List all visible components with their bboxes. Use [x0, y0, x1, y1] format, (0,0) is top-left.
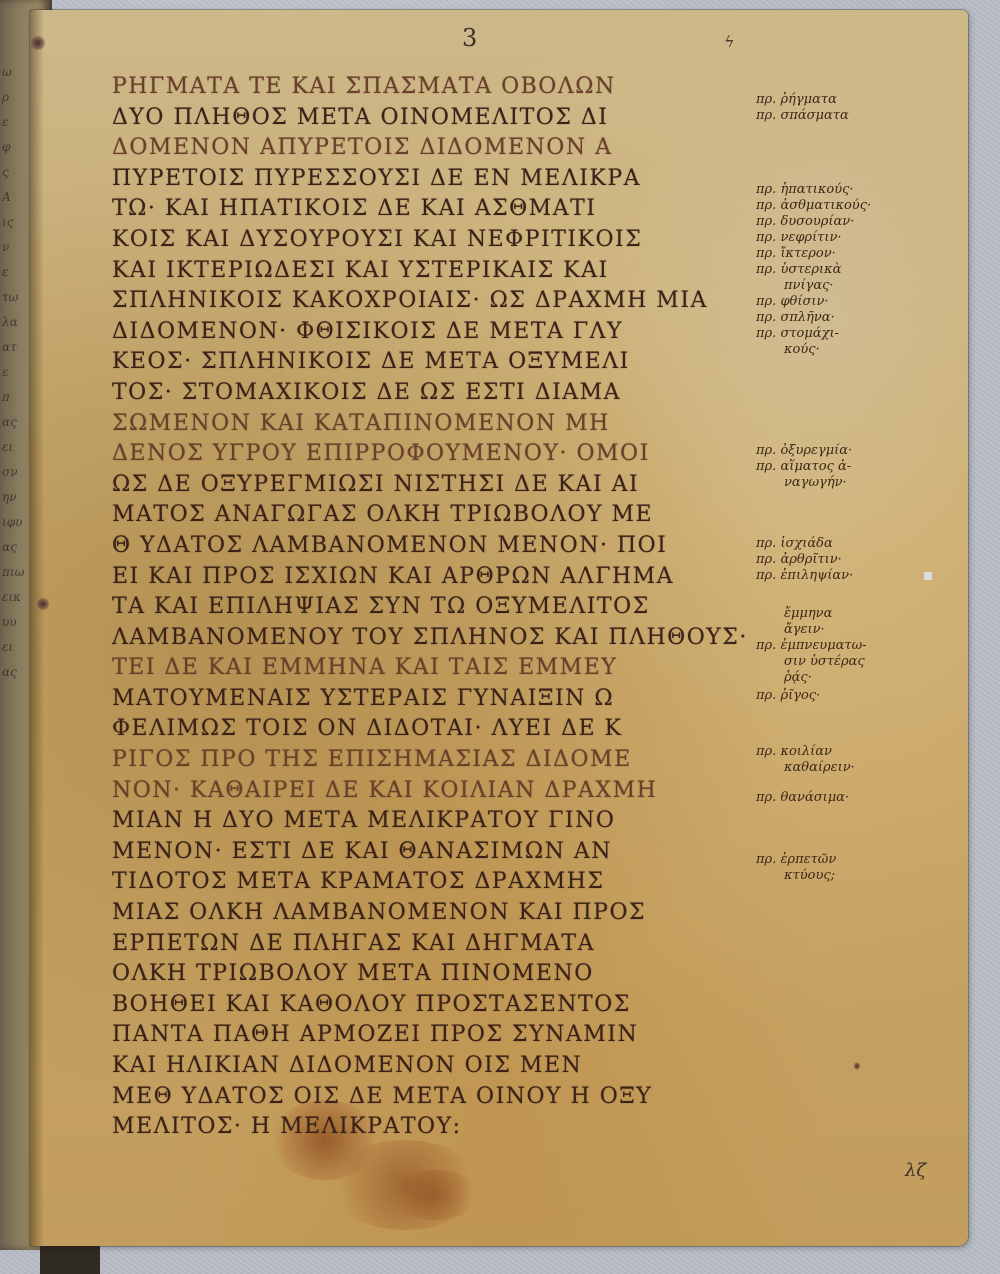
text-line: ΣΩΜΕΝΟΝ ΚΑΙ ΚΑΤΑΠΙΝΟΜΕΝΟΝ ΜΗ: [112, 409, 762, 440]
margin-note-group: πρ. ἡπατικούς·πρ. ἀσθματικούς·πρ. δυσουρ…: [756, 182, 946, 358]
text-line: ΔΙΔΟΜΕΝΟΝ· ΦΘΙΣΙΚΟΙΣ ΔΕ ΜΕΤΑ ΓΛΥ: [112, 317, 762, 348]
margin-note-line: πρ. ῥήγματα: [756, 92, 946, 108]
text-line: ΛΑΜΒΑΝΟΜΕΝΟΥ ΤΟΥ ΣΠΛΗΝΟΣ ΚΑΙ ΠΛΗΘΟΥΣ·: [112, 623, 762, 654]
text-line: ΣΠΛΗΝΙΚΟΙΣ ΚΑΚΟΧΡΟΙΑΙΣ· ΩΣ ΔΡΑΧΜΗ ΜΙΑ: [112, 286, 762, 317]
margin-note-line: πρ. δυσουρίαν·: [756, 214, 946, 230]
text-line: ΜΕΝΟΝ· ΕΣΤΙ ΔΕ ΚΑΙ ΘΑΝΑΣΙΜΩΝ ΑΝ: [112, 837, 762, 868]
margin-note-line: πρ. θανάσιμα·: [756, 790, 946, 806]
margin-note-line: σιν ὑστέρας: [756, 654, 946, 670]
text-line: ΜΑΤΟΣ ΑΝΑΓΩΓΑΣ ΟΛΚΗ ΤΡΙΩΒΟΛΟΥ ΜΕ: [112, 500, 762, 531]
text-line: ΜΙΑΣ ΟΛΚΗ ΛΑΜΒΑΝΟΜΕΝΟΝ ΚΑΙ ΠΡΟΣ: [112, 898, 762, 929]
margin-note-group: πρ. ἑρπετῶνκτύους;: [756, 852, 946, 884]
text-line: ΔΟΜΕΝΟΝ ΑΠΥΡΕΤΟΙΣ ΔΙΔΟΜΕΝΟΝ Α: [112, 133, 762, 164]
margin-note-line: πρ. ἡπατικούς·: [756, 182, 946, 198]
margin-note-group: πρ. ὀξυρεγμία·πρ. αἵματος ἀ-ναγωγήν·: [756, 443, 946, 491]
margin-note-line: πρ. φθίσιν·: [756, 294, 946, 310]
text-line: ΔΥΟ ΠΛΗΘΟΣ ΜΕΤΑ ΟΙΝΟΜΕΛΙΤΟΣ ΔΙ: [112, 103, 762, 134]
margin-note-line: ἔμμηνα: [756, 606, 946, 622]
margin-note-line: ῥᾴς·: [756, 670, 946, 686]
margin-note-line: πρ. αἵματος ἀ-: [756, 459, 946, 475]
margin-note-line: καθαίρειν·: [756, 760, 946, 776]
margin-note-line: πρ. ῥῖγος·: [756, 688, 946, 704]
margin-note-line: κούς·: [756, 342, 946, 358]
margin-note-line: πρ. ἀσθματικούς·: [756, 198, 946, 214]
top-right-mark: ϟ: [724, 32, 735, 51]
margin-note-line: πρ. στομάχι-: [756, 326, 946, 342]
text-line: ΚΑΙ ΙΚΤΕΡΙΩΔΕΣΙ ΚΑΙ ΥΣΤΕΡΙΚΑΙΣ ΚΑΙ: [112, 256, 762, 287]
margin-note-line: πρ. ὑστερικὰ: [756, 262, 946, 278]
text-line: ΟΛΚΗ ΤΡΙΩΒΟΛΟΥ ΜΕΤΑ ΠΙΝΟΜΕΝΟ: [112, 959, 762, 990]
ink-blot: [31, 36, 45, 50]
text-line: ΤΟΣ· ΣΤΟΜΑΧΙΚΟΙΣ ΔΕ ΩΣ ΕΣΤΙ ΔΙΑΜΑ: [112, 378, 762, 409]
margin-note-line: πρ. ἑρπετῶν: [756, 852, 946, 868]
text-line: ΜΑΤΟΥΜΕΝΑΙΣ ΥΣΤΕΡΑΙΣ ΓΥΝΑΙΞΙΝ Ω: [112, 684, 762, 715]
margin-note-line: πρ. κοιλίαν: [756, 744, 946, 760]
text-line: ΤΩ· ΚΑΙ ΗΠΑΤΙΚΟΙΣ ΔΕ ΚΑΙ ΑΣΘΜΑΤΙ: [112, 194, 762, 225]
text-line: ΦΕΛΙΜΩΣ ΤΟΙΣ ΟΝ ΔΙΔΟΤΑΙ· ΛΥΕΙ ΔΕ Κ: [112, 714, 762, 745]
margin-note-line: πρ. ἀρθρῖτιν·: [756, 552, 946, 568]
text-line: ΜΙΑΝ Η ΔΥΟ ΜΕΤΑ ΜΕΛΙΚΡΑΤΟΥ ΓΙΝΟ: [112, 806, 762, 837]
text-line: ΕΙ ΚΑΙ ΠΡΟΣ ΙΣΧΙΩΝ ΚΑΙ ΑΡΘΡΩΝ ΑΛΓΗΜΑ: [112, 562, 762, 593]
margin-note-line: πρ. σπάσματα: [756, 108, 946, 124]
main-text-block: ΡΗΓΜΑΤΑ ΤΕ ΚΑΙ ΣΠΑΣΜΑΤΑ ΟΒΟΛΩΝΔΥΟ ΠΛΗΘΟΣ…: [112, 72, 762, 1143]
margin-note-group: πρ. ἰσχιάδαπρ. ἀρθρῖτιν·πρ. ἐπιληψίαν·: [756, 536, 946, 584]
ink-blot: [854, 1062, 860, 1070]
margin-note-group: πρ. ῥήγματαπρ. σπάσματα: [756, 92, 946, 124]
margin-note-line: ἄγειν·: [756, 622, 946, 638]
margin-note-line: πρ. νεφρίτιν·: [756, 230, 946, 246]
margin-note-group: πρ. κοιλίανκαθαίρειν·: [756, 744, 946, 776]
margin-note-line: πρ. ὀξυρεγμία·: [756, 443, 946, 459]
margin-note-group: πρ. θανάσιμα·: [756, 790, 946, 806]
binding-shadow: [40, 1244, 100, 1274]
text-line: ΚΕΟΣ· ΣΠΛΗΝΙΚΟΙΣ ΔΕ ΜΕΤΑ ΟΞΥΜΕΛΙ: [112, 347, 762, 378]
pencil-page-number: 3: [462, 24, 477, 52]
water-stain: [390, 1170, 480, 1220]
margin-note-line: πρ. ἐπιληψίαν·: [756, 568, 946, 584]
margin-note-group: ἔμμηναἄγειν·πρ. ἐμπνευματω-σιν ὑστέραςῥᾴ…: [756, 606, 946, 686]
text-line: ΡΗΓΜΑΤΑ ΤΕ ΚΑΙ ΣΠΑΣΜΑΤΑ ΟΒΟΛΩΝ: [112, 72, 762, 103]
ink-blot: [37, 598, 49, 610]
text-line: ΝΟΝ· ΚΑΘΑΙΡΕΙ ΔΕ ΚΑΙ ΚΟΙΛΙΑΝ ΔΡΑΧΜΗ: [112, 776, 762, 807]
text-line: ΒΟΗΘΕΙ ΚΑΙ ΚΑΘΟΛΟΥ ΠΡΟΣΤΑΣΕΝΤΟΣ: [112, 990, 762, 1021]
text-line: ΚΟΙΣ ΚΑΙ ΔΥΣΟΥΡΟΥΣΙ ΚΑΙ ΝΕΦΡΙΤΙΚΟΙΣ: [112, 225, 762, 256]
text-line: ΕΡΠΕΤΩΝ ΔΕ ΠΛΗΓΑΣ ΚΑΙ ΔΗΓΜΑΤΑ: [112, 929, 762, 960]
gutter-shadow: [30, 10, 44, 1246]
margin-note-line: πρ. σπλῆνα·: [756, 310, 946, 326]
text-line: ΡΙΓΟΣ ΠΡΟ ΤΗΣ ΕΠΙΣΗΜΑΣΙΑΣ ΔΙΔΟΜΕ: [112, 745, 762, 776]
text-line: ΩΣ ΔΕ ΟΞΥΡΕΓΜΙΩΣΙ ΝΙΣΤΗΣΙ ΔΕ ΚΑΙ ΑΙ: [112, 470, 762, 501]
text-line: ΠΑΝΤΑ ΠΑΘΗ ΑΡΜΟΖΕΙ ΠΡΟΣ ΣΥΝΑΜΙΝ: [112, 1020, 762, 1051]
margin-note-line: κτύους;: [756, 868, 946, 884]
text-line: ΚΑΙ ΗΛΙΚΙΑΝ ΔΙΔΟΜΕΝΟΝ ΟΙΣ ΜΕΝ: [112, 1051, 762, 1082]
foliation-number: λζ: [905, 1160, 926, 1181]
margin-note-line: πρ. ἐμπνευματω-: [756, 638, 946, 654]
text-line: Θ ΥΔΑΤΟΣ ΛΑΜΒΑΝΟΜΕΝΟΝ ΜΕΝΟΝ· ΠΟΙ: [112, 531, 762, 562]
margin-note-group: πρ. ῥῖγος·: [756, 688, 946, 704]
text-line: ΤΕΙ ΔΕ ΚΑΙ ΕΜΜΗΝΑ ΚΑΙ ΤΑΙΣ ΕΜΜΕΥ: [112, 653, 762, 684]
text-line: ΠΥΡΕΤΟΙΣ ΠΥΡΕΣΣΟΥΣΙ ΔΕ ΕΝ ΜΕΛΙΚΡΑ: [112, 164, 762, 195]
margin-note-line: πνίγας·: [756, 278, 946, 294]
margin-note-line: πρ. ἰσχιάδα: [756, 536, 946, 552]
text-line: ΤΙΔΟΤΟΣ ΜΕΤΑ ΚΡΑΜΑΤΟΣ ΔΡΑΧΜΗΣ: [112, 867, 762, 898]
text-line: ΤΑ ΚΑΙ ΕΠΙΛΗΨΙΑΣ ΣΥΝ ΤΩ ΟΞΥΜΕΛΙΤΟΣ: [112, 592, 762, 623]
text-line: ΔΕΝΟΣ ΥΓΡΟΥ ΕΠΙΡΡΟΦΟΥΜΕΝΟΥ· ΟΜΟΙ: [112, 439, 762, 470]
text-line: ΜΕΘ ΥΔΑΤΟΣ ΟΙΣ ΔΕ ΜΕΤΑ ΟΙΝΟΥ Η ΟΞΥ: [112, 1082, 762, 1113]
text-line: ΜΕΛΙΤΟΣ· Η ΜΕΛΙΚΡΑΤΟΥ:: [112, 1112, 762, 1143]
margin-note-line: ναγωγήν·: [756, 475, 946, 491]
margin-note-line: πρ. ἴκτερον·: [756, 246, 946, 262]
